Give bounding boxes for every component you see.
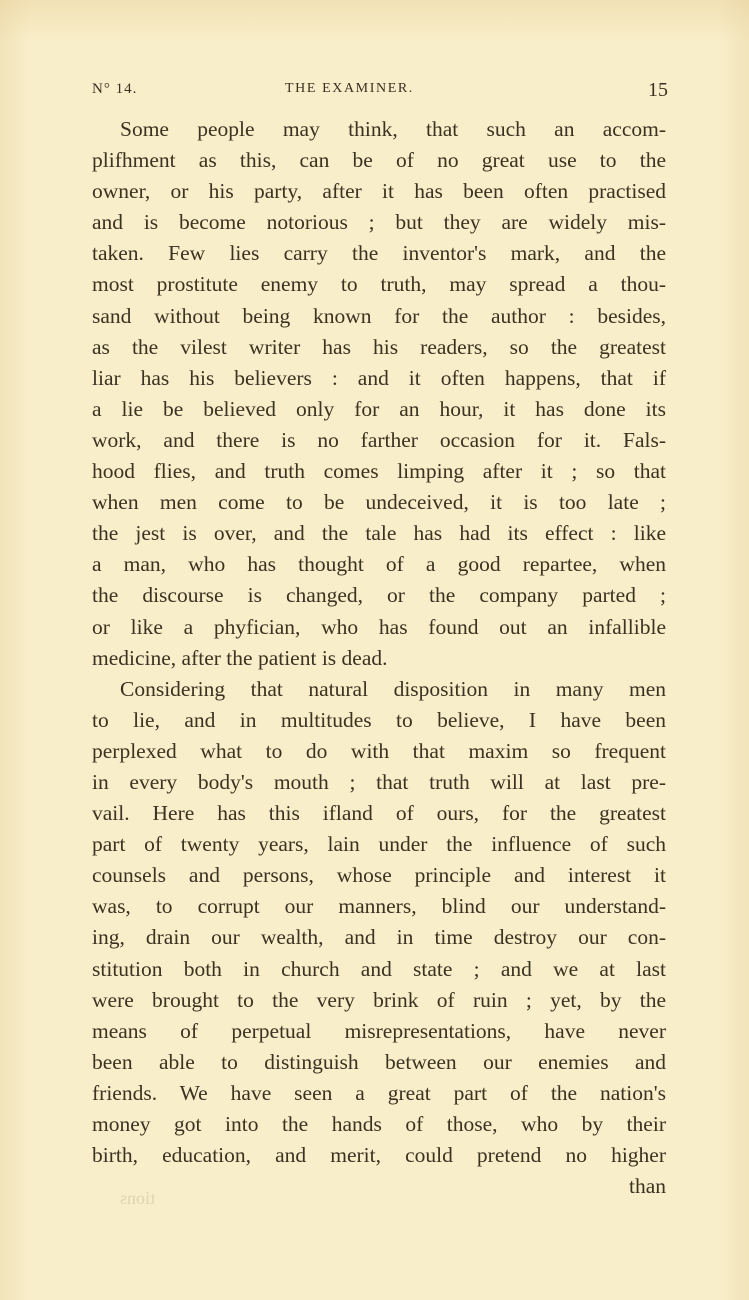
text-line: money got into the hands of those, who b… <box>92 1109 666 1140</box>
text-line: as the vilest writer has his readers, so… <box>92 332 666 363</box>
catchword: than <box>92 1171 666 1202</box>
text-line: perplexed what to do with that maxim so … <box>92 736 666 767</box>
text-line: in every body's mouth ; that truth will … <box>92 767 666 798</box>
text-line: counsels and persons, whose principle an… <box>92 860 666 891</box>
text-line: were brought to the very brink of ruin ;… <box>92 985 666 1016</box>
text-line: hood flies, and truth comes limping afte… <box>92 456 666 487</box>
text-line: and is become notorious ; but they are w… <box>92 207 666 238</box>
text-line: taken. Few lies carry the inventor's mar… <box>92 238 666 269</box>
text-line: plifhment as this, can be of no great us… <box>92 145 666 176</box>
text-line: to lie, and in multitudes to believe, I … <box>92 705 666 736</box>
text-line: Considering that natural disposition in … <box>92 674 666 705</box>
text-line: liar has his believers : and it often ha… <box>92 363 666 394</box>
text-line: was, to corrupt our manners, blind our u… <box>92 891 666 922</box>
text-line: ing, drain our wealth, and in time destr… <box>92 922 666 953</box>
text-line: the discourse is changed, or the company… <box>92 580 666 611</box>
text-line: been able to distinguish between our ene… <box>92 1047 666 1078</box>
text-line: or like a phyfician, who has found out a… <box>92 612 666 643</box>
text-line: the jest is over, and the tale has had i… <box>92 518 666 549</box>
text-line: means of perpetual misrepresentations, h… <box>92 1016 666 1047</box>
text-line: most prostitute enemy to truth, may spre… <box>92 269 666 300</box>
paragraph-1: Some people may think, that such an acco… <box>92 114 666 674</box>
page-number: 15 <box>648 79 668 102</box>
text-line: Some people may think, that such an acco… <box>92 114 666 145</box>
text-line: a man, who has thought of a good reparte… <box>92 549 666 580</box>
publication-title: THE EXAMINER. <box>285 81 414 97</box>
running-head: N° 14. THE EXAMINER. 15 <box>92 77 668 101</box>
text-line: work, and there is no farther occasion f… <box>92 425 666 456</box>
text-line: friends. We have seen a great part of th… <box>92 1078 666 1109</box>
text-line: medicine, after the patient is dead. <box>92 643 666 674</box>
text-line: stitution both in church and state ; and… <box>92 954 666 985</box>
text-line: vail. Here has this ifland of ours, for … <box>92 798 666 829</box>
paragraph-2: Considering that natural disposition in … <box>92 674 666 1172</box>
text-line: sand without being known for the author … <box>92 301 666 332</box>
show-through-text: tions <box>120 1188 155 1209</box>
text-line: owner, or his party, after it has been o… <box>92 176 666 207</box>
issue-number: N° 14. <box>92 81 137 98</box>
text-line: a lie be believed only for an hour, it h… <box>92 394 666 425</box>
text-line: birth, education, and merit, could prete… <box>92 1140 666 1171</box>
text-line: part of twenty years, lain under the inf… <box>92 829 666 860</box>
body-text: Some people may think, that such an acco… <box>92 114 666 1202</box>
text-line: when men come to be undeceived, it is to… <box>92 487 666 518</box>
